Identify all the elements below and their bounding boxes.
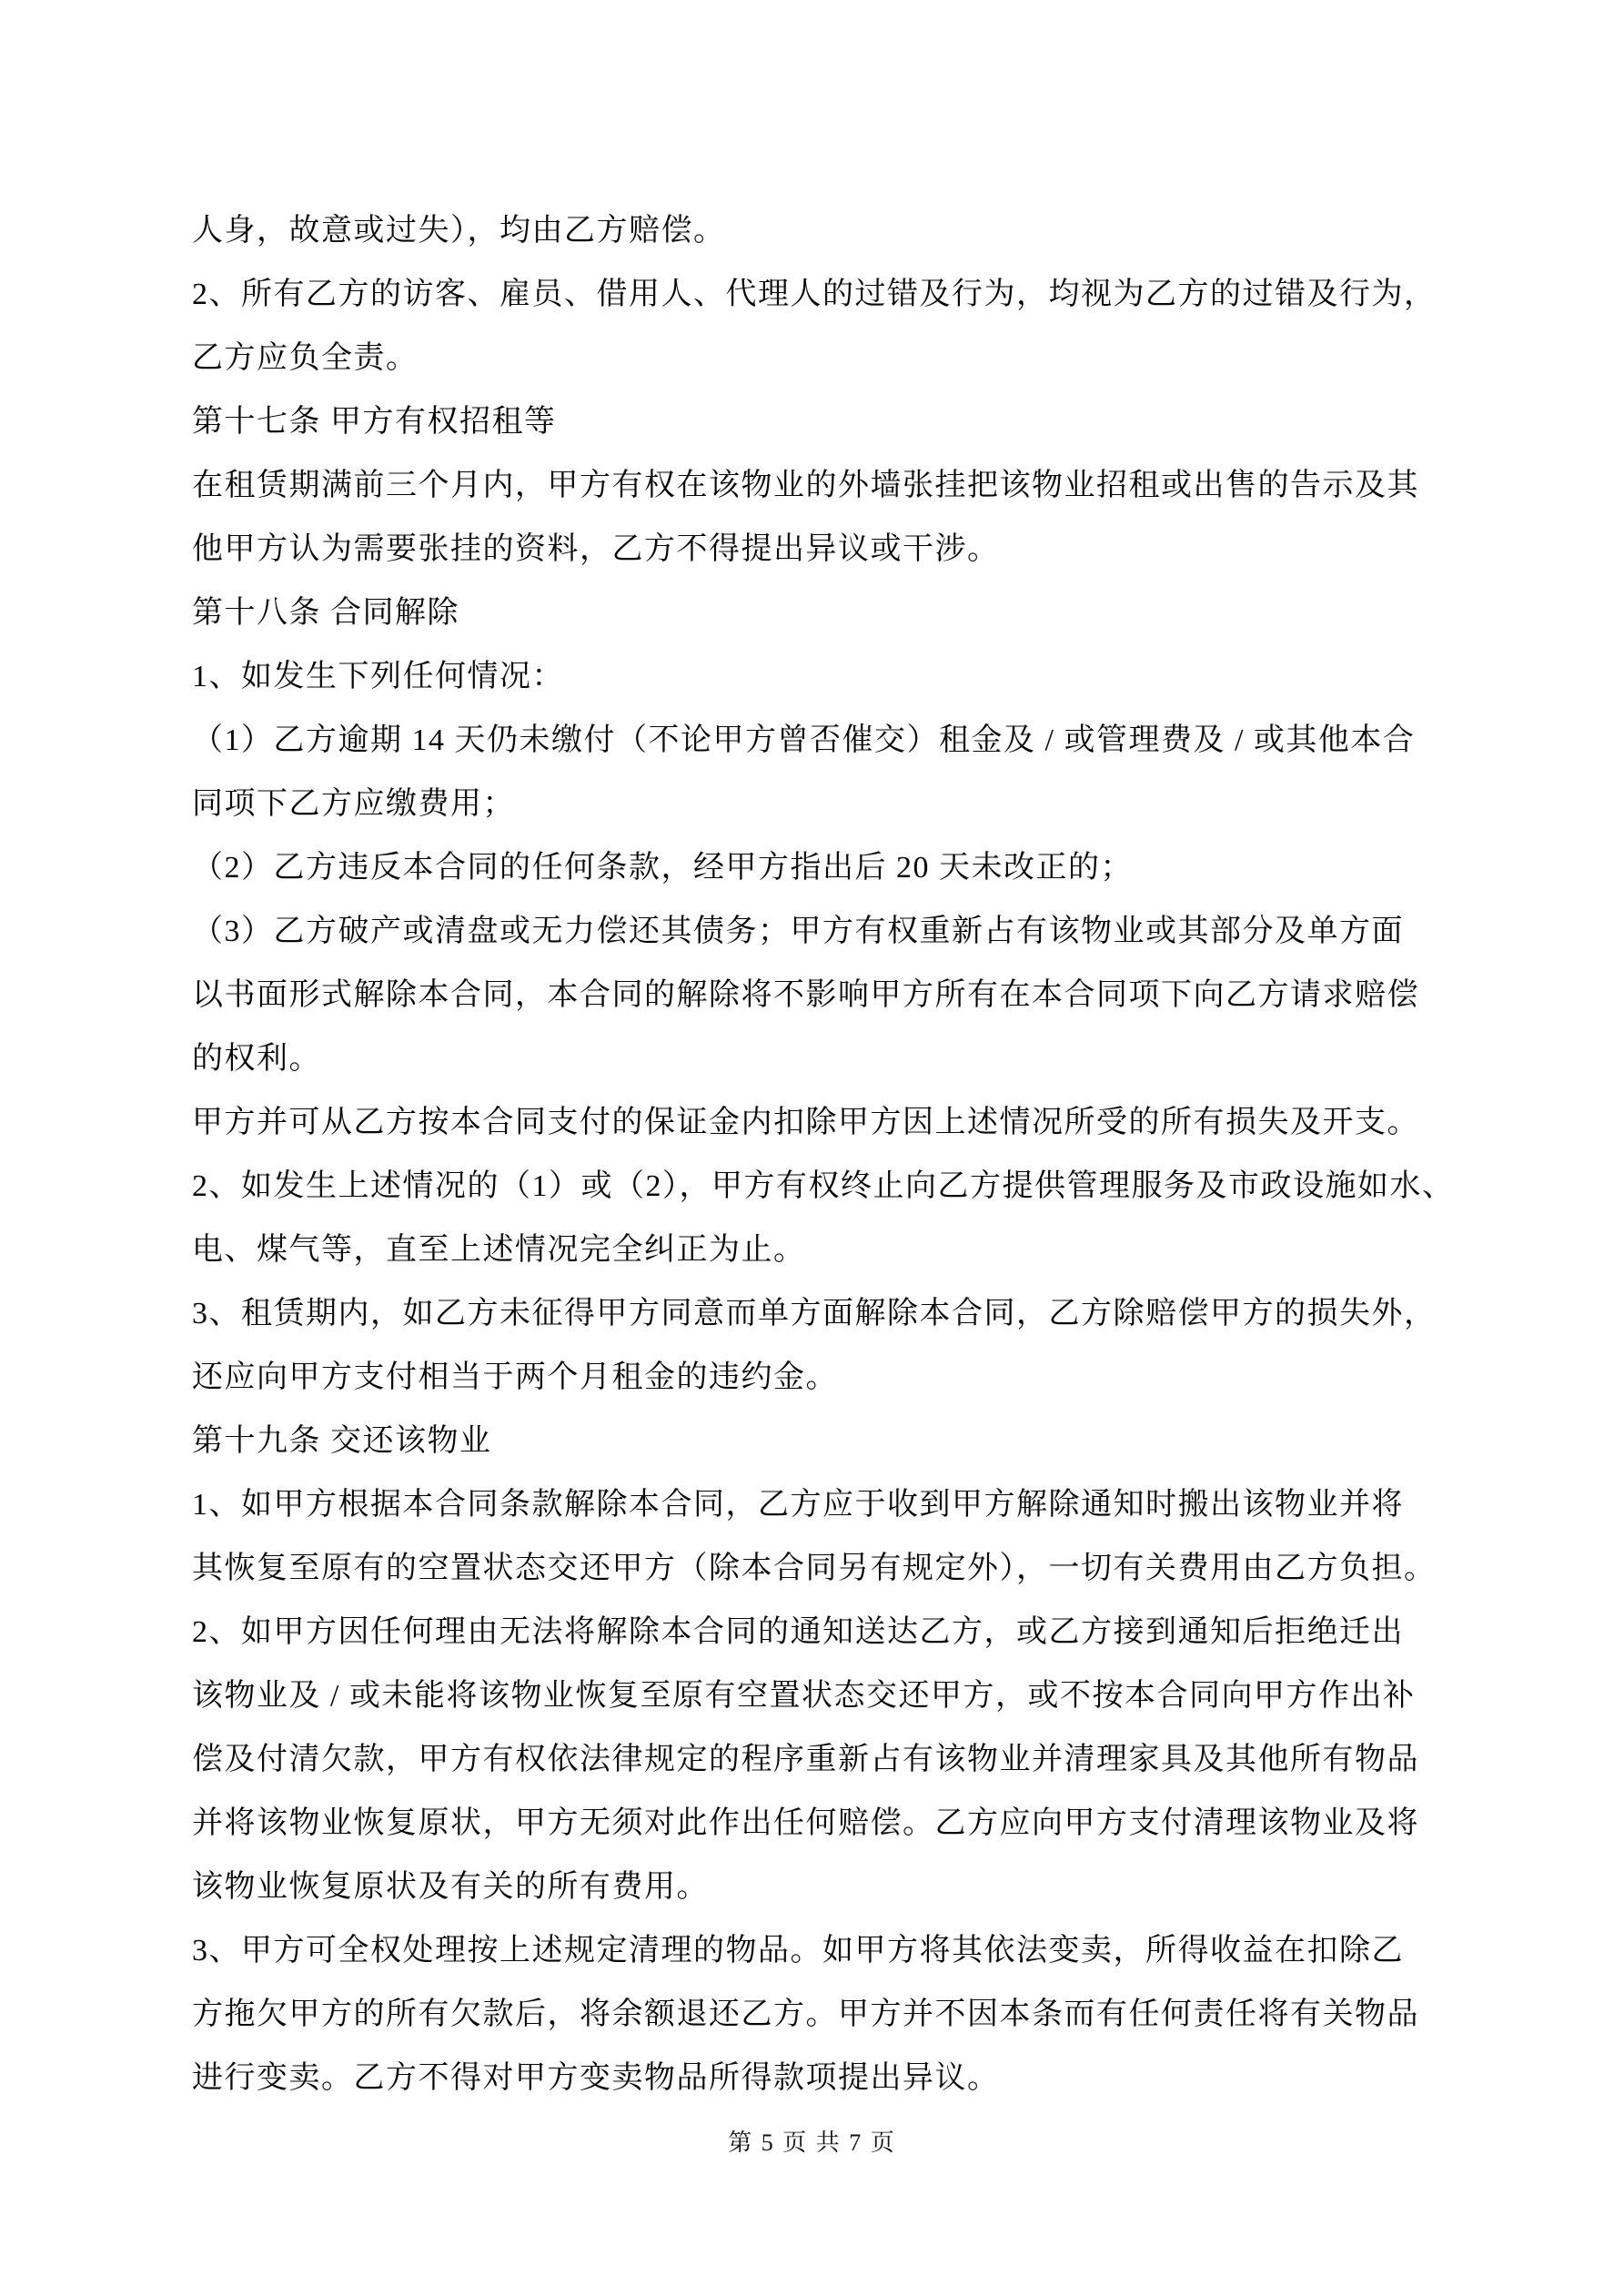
text-line: 他甲方认为需要张挂的资料，乙方不得提出异议或干涉。 (192, 518, 1520, 582)
text-line: 电、煤气等，直至上述情况完全纠正为止。 (192, 1219, 1520, 1282)
text-line: 1、如发生下列任何情况： (192, 645, 1520, 709)
text-line: （2）乙方违反本合同的任何条款，经甲方指出后 20 天未改正的； (192, 836, 1520, 900)
text-line: （3）乙方破产或清盘或无力偿还其债务；甲方有权重新占有该物业或其部分及单方面 (192, 900, 1520, 964)
text-line: 以书面形式解除本合同，本合同的解除将不影响甲方所有在本合同项下向乙方请求赔偿 (192, 964, 1520, 1027)
text-line: 该物业恢复原状及有关的所有费用。 (192, 1856, 1520, 1919)
text-line: 甲方并可从乙方按本合同支付的保证金内扣除甲方因上述情况所受的所有损失及开支。 (192, 1091, 1520, 1155)
contract-page: 人身，故意或过失），均由乙方赔偿。 2、所有乙方的访客、雇员、借用人、代理人的过… (0, 0, 1624, 2296)
text-line: 同项下乙方应缴费用； (192, 773, 1520, 836)
text-line: 的权利。 (192, 1027, 1520, 1091)
text-line: 3、甲方可全权处理按上述规定清理的物品。如甲方将其依法变卖，所得收益在扣除乙 (192, 1919, 1520, 1983)
article-19-heading: 第十九条 交还该物业 (192, 1410, 1520, 1473)
article-17-heading: 第十七条 甲方有权招租等 (192, 390, 1520, 454)
text-line: 还应向甲方支付相当于两个月租金的违约金。 (192, 1346, 1520, 1410)
text-line: 偿及付清欠款，甲方有权依法律规定的程序重新占有该物业并清理家具及其他所有物品 (192, 1728, 1520, 1792)
text-line: 方拖欠甲方的所有欠款后，将余额退还乙方。甲方并不因本条而有任何责任将有关物品 (192, 1983, 1520, 2047)
text-line: 该物业及 / 或未能将该物业恢复至原有空置状态交还甲方，或不按本合同向甲方作出补 (192, 1664, 1520, 1728)
text-line: 在租赁期满前三个月内，甲方有权在该物业的外墙张挂把该物业招租或出售的告示及其 (192, 454, 1520, 518)
text-line: 人身，故意或过失），均由乙方赔偿。 (192, 199, 1520, 263)
text-line: 2、如甲方因任何理由无法将解除本合同的通知送达乙方，或乙方接到通知后拒绝迁出 (192, 1601, 1520, 1664)
text-line: 进行变卖。乙方不得对甲方变卖物品所得款项提出异议。 (192, 2047, 1520, 2110)
text-line: 2、如发生上述情况的（1）或（2），甲方有权终止向乙方提供管理服务及市政设施如水… (192, 1155, 1520, 1219)
article-18-heading: 第十八条 合同解除 (192, 582, 1520, 645)
text-line: 乙方应负全责。 (192, 327, 1520, 390)
text-line: 1、如甲方根据本合同条款解除本合同，乙方应于收到甲方解除通知时搬出该物业并将 (192, 1473, 1520, 1537)
text-line: 3、租赁期内，如乙方未征得甲方同意而单方面解除本合同，乙方除赔偿甲方的损失外， (192, 1282, 1520, 1346)
text-line: 并将该物业恢复原状，甲方无须对此作出任何赔偿。乙方应向甲方支付清理该物业及将 (192, 1792, 1520, 1856)
text-line: （1）乙方逾期 14 天仍未缴付（不论甲方曾否催交）租金及 / 或管理费及 / … (192, 709, 1520, 773)
text-line: 其恢复至原有的空置状态交还甲方（除本合同另有规定外），一切有关费用由乙方负担。 (192, 1537, 1520, 1601)
text-line: 2、所有乙方的访客、雇员、借用人、代理人的过错及行为，均视为乙方的过错及行为， (192, 263, 1520, 327)
page-number-footer: 第 5 页 共 7 页 (0, 2120, 1624, 2166)
contract-body: 人身，故意或过失），均由乙方赔偿。 2、所有乙方的访客、雇员、借用人、代理人的过… (192, 199, 1520, 2110)
